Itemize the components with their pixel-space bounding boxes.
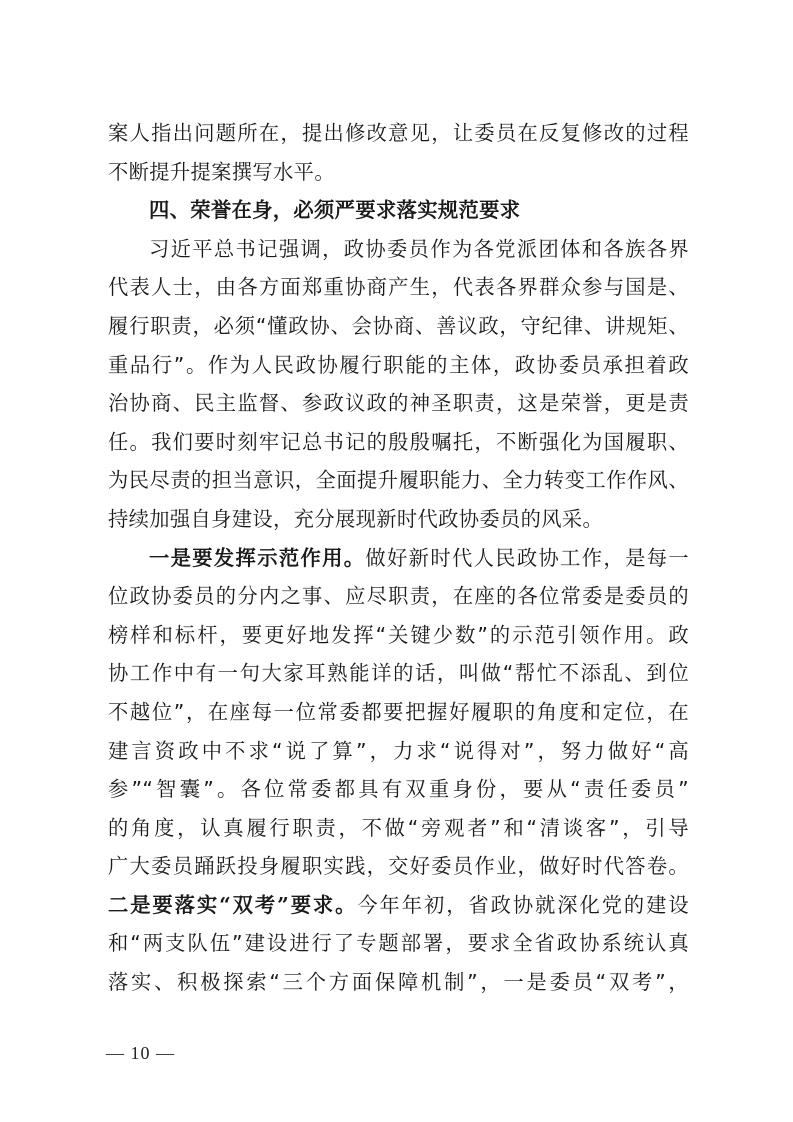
text-line: 协工作中有一句大家耳熟能详的话，叫做“帮忙不添乱、到位 [108, 654, 689, 693]
text-line: 建言资政中不求“说了算”，力求“说得对”，努力做好“高 [108, 732, 689, 771]
text-line: 代表人士，由各方面郑重协商产生，代表各界群众参与国是、 [108, 268, 689, 307]
text-line: 履行职责，必须“懂政协、会协商、善议政，守纪律、讲规矩、 [108, 307, 689, 346]
text-line: 一是要发挥示范作用。做好新时代人民政协工作，是每一 [108, 539, 689, 578]
text-line: 习近平总书记强调，政协委员作为各党派团体和各族各界 [108, 230, 689, 269]
text-line: 任。我们要时刻牢记总书记的殷殷嘱托，不断强化为国履职、 [108, 423, 689, 462]
text-line: 落实、积极探索“三个方面保障机制”，一是委员“双考”， [108, 963, 689, 1002]
text-line: 参”“智囊”。各位常委都具有双重身份，要从“责任委员” [108, 770, 689, 809]
section-heading: 四、荣誉在身，必须严要求落实规范要求 [108, 191, 689, 230]
text-line: 案人指出问题所在，提出修改意见，让委员在反复修改的过程 [108, 114, 689, 153]
paragraph-lead: 一是要发挥示范作用。 [149, 546, 365, 570]
text-span: 做好新时代人民政协工作，是每一 [365, 546, 689, 570]
text-line: 广大委员踊跃投身履职实践，交好委员作业，做好时代答卷。 [108, 847, 689, 886]
text-line: 为民尽责的担当意识，全面提升履职能力、全力转变工作作风、 [108, 461, 689, 500]
text-line: 和“两支队伍”建设进行了专题部署，要求全省政协系统认真 [108, 924, 689, 963]
paragraph-3: 二是要落实“双考”要求。今年年初，省政协就深化党的建设 和“两支队伍”建设进行了… [108, 886, 689, 1002]
document-page: 案人指出问题所在，提出修改意见，让委员在反复修改的过程 不断提升提案撰写水平。 … [0, 0, 793, 1122]
text-line: 持续加强自身建设，充分展现新时代政协委员的风采。 [108, 500, 689, 539]
text-line: 榜样和标杆，要更好地发挥“关键少数”的示范引领作用。政 [108, 616, 689, 655]
page-number: — 10 — [106, 1043, 175, 1064]
body-text: 案人指出问题所在，提出修改意见，让委员在反复修改的过程 不断提升提案撰写水平。 … [108, 114, 689, 1002]
text-line: 治协商、民主监督、参政议政的神圣职责，这是荣誉，更是责 [108, 384, 689, 423]
text-span: 今年年初，省政协就深化党的建设 [357, 893, 689, 917]
text-line: 重品行”。作为人民政协履行职能的主体，政协委员承担着政 [108, 346, 689, 385]
text-line: 不越位”，在座每一位常委都要把握好履职的角度和定位，在 [108, 693, 689, 732]
text-line: 位政协委员的分内之事、应尽职责，在座的各位常委是委员的 [108, 577, 689, 616]
paragraph-1: 习近平总书记强调，政协委员作为各党派团体和各族各界 代表人士，由各方面郑重协商产… [108, 230, 689, 539]
text-line: 的角度，认真履行职责，不做“旁观者”和“清谈客”，引导 [108, 809, 689, 848]
paragraph-lead: 二是要落实“双考”要求。 [108, 893, 357, 917]
text-line: 二是要落实“双考”要求。今年年初，省政协就深化党的建设 [108, 886, 689, 925]
text-line: 不断提升提案撰写水平。 [108, 153, 689, 192]
paragraph-2: 一是要发挥示范作用。做好新时代人民政协工作，是每一 位政协委员的分内之事、应尽职… [108, 539, 689, 886]
